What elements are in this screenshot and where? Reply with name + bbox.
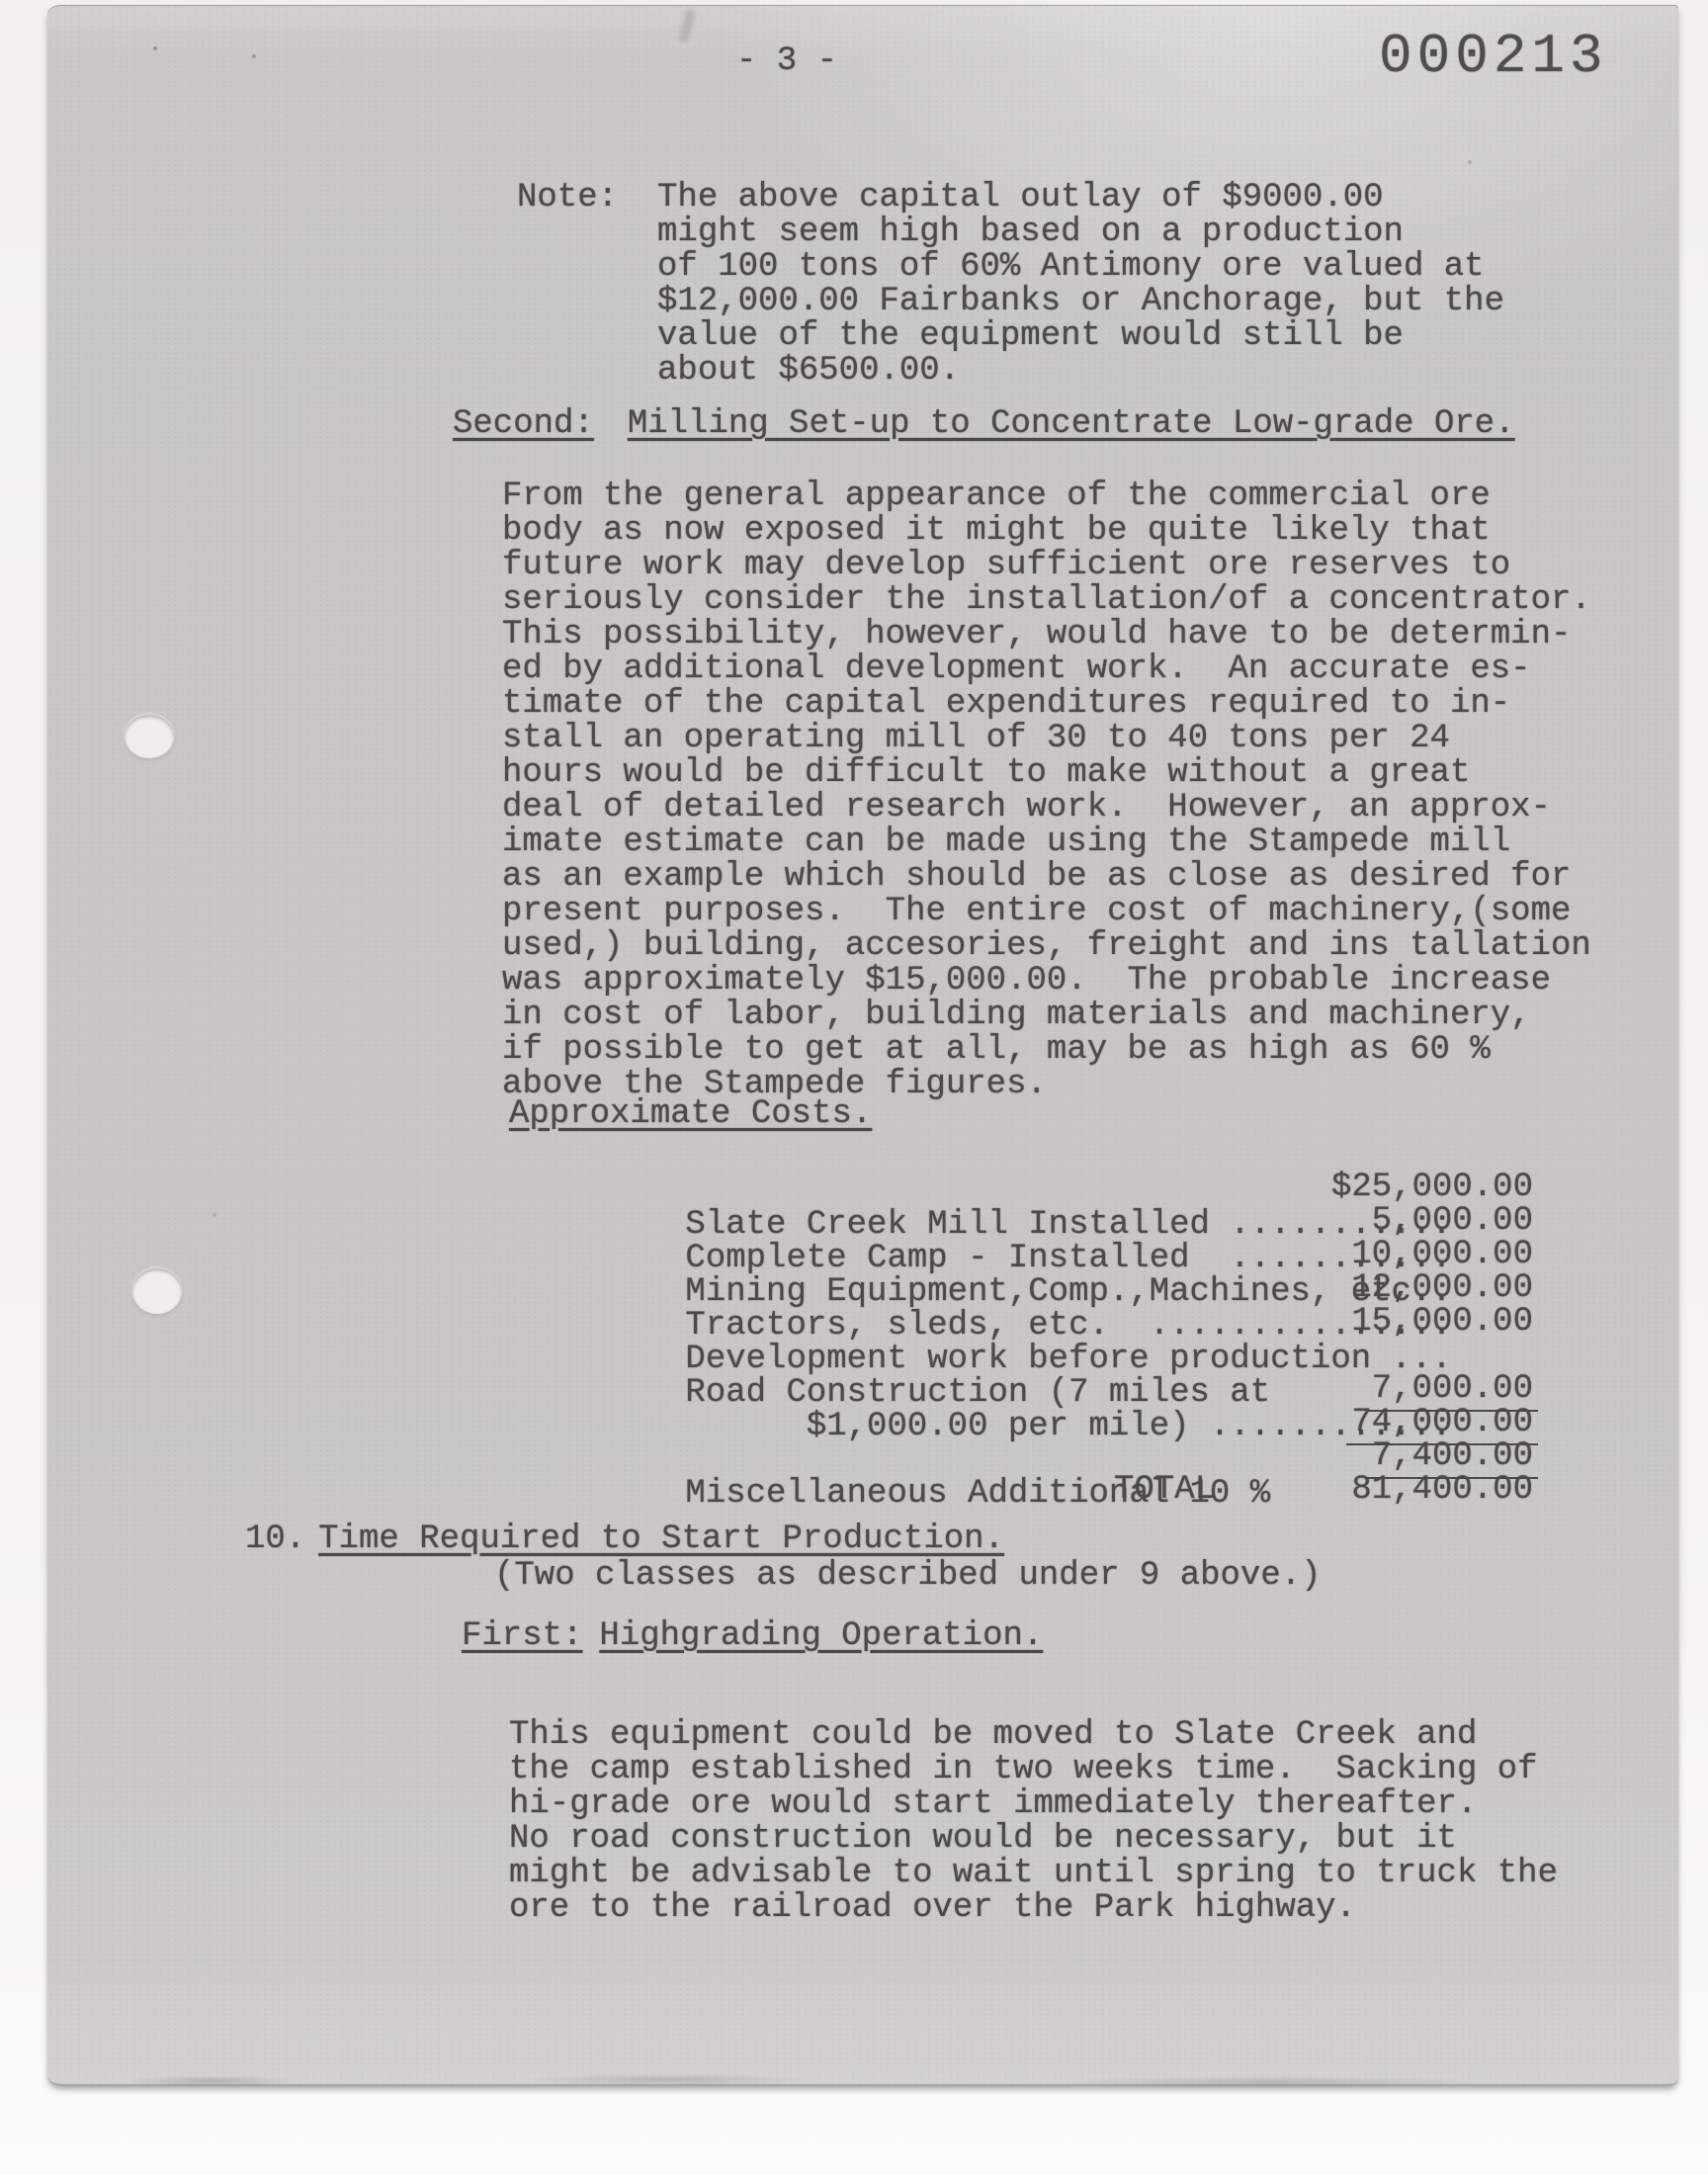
cost-row: Road Construction (7 miles at — [564, 1337, 1533, 1370]
note-text: The above capital outlay of $9000.00 mig… — [657, 181, 1504, 389]
cost-table: Slate Creek Mill Installed ........... $… — [564, 1169, 1533, 1505]
heading-title-first: Highgrading Operation. — [599, 1619, 1043, 1654]
cost-amount: 12,000.00 — [1351, 1269, 1533, 1307]
section-heading-first: First:Highgrading Operation. — [462, 1619, 1043, 1654]
section-10-subtitle: (Two classes as described under 9 above.… — [494, 1559, 1322, 1594]
scan-background: { "page": { "number_label": "- 3 -", "st… — [0, 0, 1708, 2175]
paper-bottom-edge — [47, 2074, 1678, 2088]
cost-amount: 5,000.00 — [1372, 1202, 1533, 1240]
section-10-heading: 10.Time Required to Start Production. — [245, 1522, 1004, 1557]
cost-row: Development work before production ... 1… — [564, 1303, 1533, 1337]
cost-amount-total: 81,400.00 — [1351, 1471, 1533, 1509]
heading-label-first: First: — [462, 1619, 582, 1654]
cost-row: Complete Camp - Installed ........... 5,… — [564, 1202, 1533, 1236]
scan-specks — [153, 46, 157, 50]
heading-gap — [594, 407, 628, 442]
heading-title-second: Milling Set-up to Concentrate Low-grade … — [628, 407, 1515, 442]
paper: - 3 - 000213 Note:The above capital outl… — [47, 5, 1678, 2086]
section-heading-second: Second:Milling Set-up to Concentrate Low… — [453, 407, 1515, 442]
heading-approximate-costs: Approximate Costs. — [509, 1097, 872, 1132]
section-10-title: Time Required to Start Production. — [318, 1522, 1004, 1557]
paragraph-milling: From the general appearance of the comme… — [502, 479, 1591, 1102]
punch-hole-top — [125, 715, 174, 758]
cost-row: Tractors, sleds, etc. ............... 12… — [564, 1269, 1533, 1303]
section-10-gap — [305, 1522, 318, 1557]
cost-row: Slate Creek Mill Installed ........... $… — [564, 1169, 1533, 1202]
cost-row: 74,000.00 — [564, 1404, 1533, 1437]
scan-artifact-mark — [678, 8, 696, 43]
punch-hole-bottom — [132, 1268, 182, 1314]
heading-label-second: Second: — [453, 407, 594, 442]
paragraph-highgrading: This equipment could be moved to Slate C… — [509, 1718, 1558, 1926]
note-label: Note: — [517, 181, 618, 389]
total-label: TOTAL — [1114, 1471, 1215, 1509]
note-block: Note:The above capital outlay of $9000.0… — [517, 181, 1504, 389]
cost-row: Mining Equipment,Comp.,Machines, etc.. 1… — [564, 1236, 1533, 1269]
cost-amount: 15,000.00 — [1351, 1303, 1533, 1341]
section-10-number: 10. — [245, 1522, 305, 1557]
cost-row: Miscellaneous Additional 10 % 7,400.00 — [564, 1437, 1533, 1471]
cost-row: $1,000.00 per mile) ............ 7,000.0… — [564, 1370, 1533, 1404]
page-number: - 3 - — [736, 44, 837, 79]
heading-gap — [582, 1619, 599, 1654]
cost-amount: 10,000.00 — [1351, 1236, 1533, 1273]
cost-row-total: TOTAL 81,400.00 — [564, 1471, 1533, 1505]
document-stamp: 000213 — [1379, 29, 1608, 84]
cost-amount: $25,000.00 — [1331, 1169, 1533, 1206]
note-gap — [618, 181, 657, 389]
